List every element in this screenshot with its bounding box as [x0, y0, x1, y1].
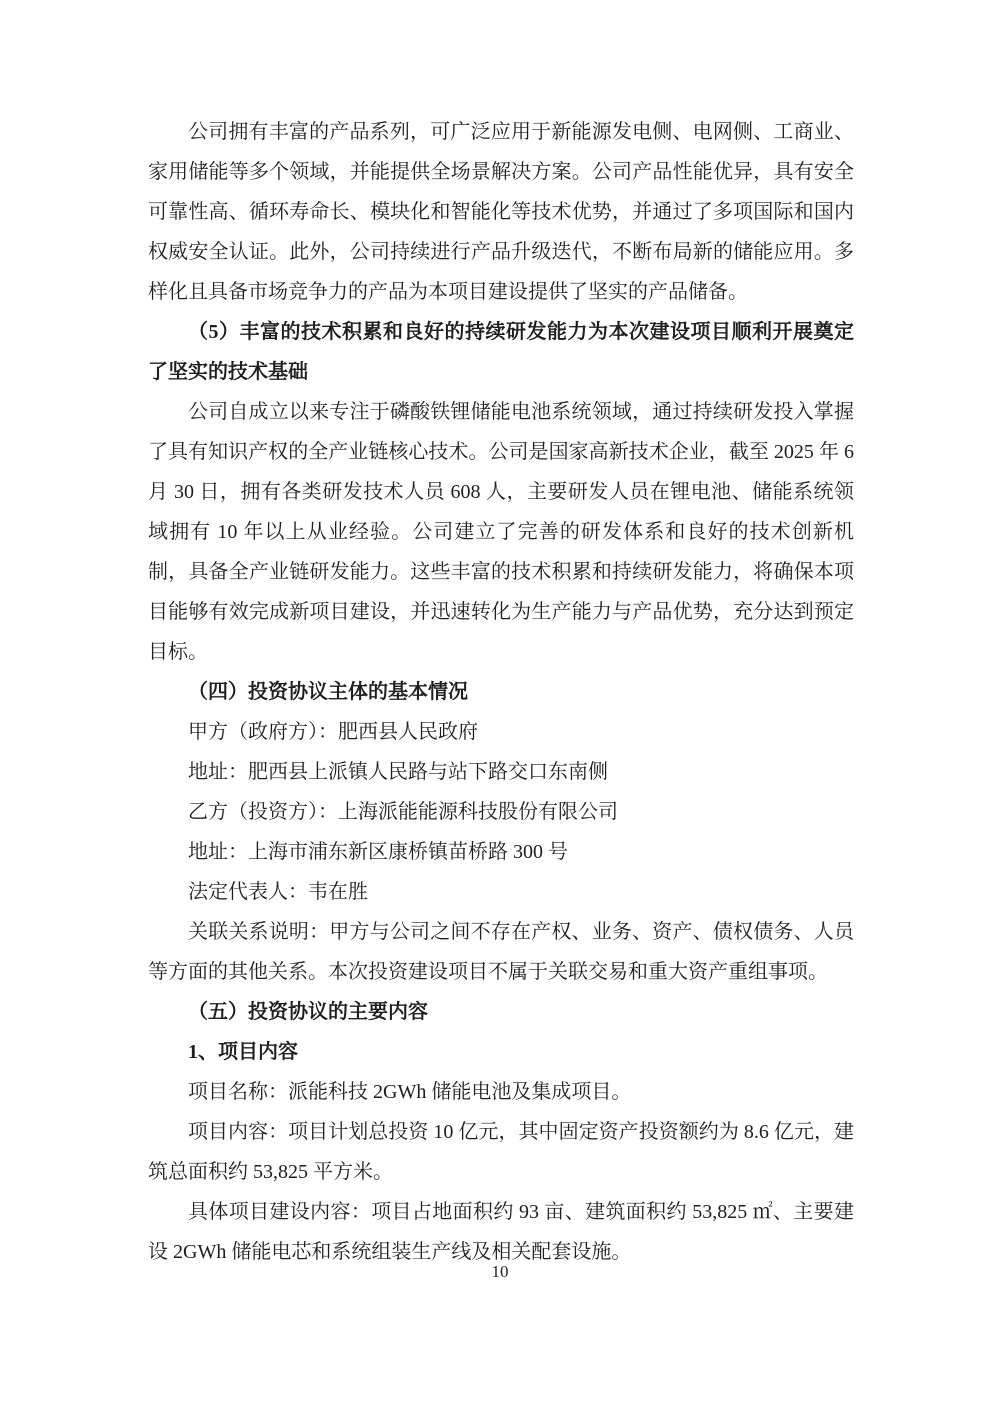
paragraph: 关联关系说明：甲方与公司之间不存在产权、业务、资产、债权债务、人员等方面的其他关…: [148, 912, 854, 992]
field-line-address-a: 地址：肥西县上派镇人民路与站下路交口东南侧: [148, 752, 854, 792]
section-heading-5: （5）丰富的技术积累和良好的持续研发能力为本次建设项目顺利开展奠定了坚实的技术基…: [148, 312, 854, 392]
paragraph: 项目名称：派能科技 2GWh 储能电池及集成项目。: [148, 1072, 854, 1112]
section-heading-five: （五）投资协议的主要内容: [148, 992, 854, 1032]
field-line-address-b: 地址：上海市浦东新区康桥镇苗桥路 300 号: [148, 832, 854, 872]
paragraph: 具体项目建设内容：项目占地面积约 93 亩、建筑面积约 53,825 ㎡、主要建…: [148, 1192, 854, 1272]
document-page: 公司拥有丰富的产品系列，可广泛应用于新能源发电侧、电网侧、工商业、家用储能等多个…: [0, 0, 1000, 1414]
page-content: 公司拥有丰富的产品系列，可广泛应用于新能源发电侧、电网侧、工商业、家用储能等多个…: [148, 112, 854, 1272]
field-line-legal-representative: 法定代表人：韦在胜: [148, 872, 854, 912]
field-line-party-a: 甲方（政府方）：肥西县人民政府: [148, 712, 854, 752]
field-line-party-b: 乙方（投资方）：上海派能能源科技股份有限公司: [148, 792, 854, 832]
page-number: 10: [0, 1262, 1000, 1282]
paragraph: 公司自成立以来专注于磷酸铁锂储能电池系统领域，通过持续研发投入掌握了具有知识产权…: [148, 392, 854, 672]
paragraph: 公司拥有丰富的产品系列，可广泛应用于新能源发电侧、电网侧、工商业、家用储能等多个…: [148, 112, 854, 312]
section-heading-four: （四）投资协议主体的基本情况: [148, 672, 854, 712]
paragraph: 项目内容：项目计划总投资 10 亿元，其中固定资产投资额约为 8.6 亿元，建筑…: [148, 1112, 854, 1192]
subsection-heading-1: 1、项目内容: [148, 1032, 854, 1072]
